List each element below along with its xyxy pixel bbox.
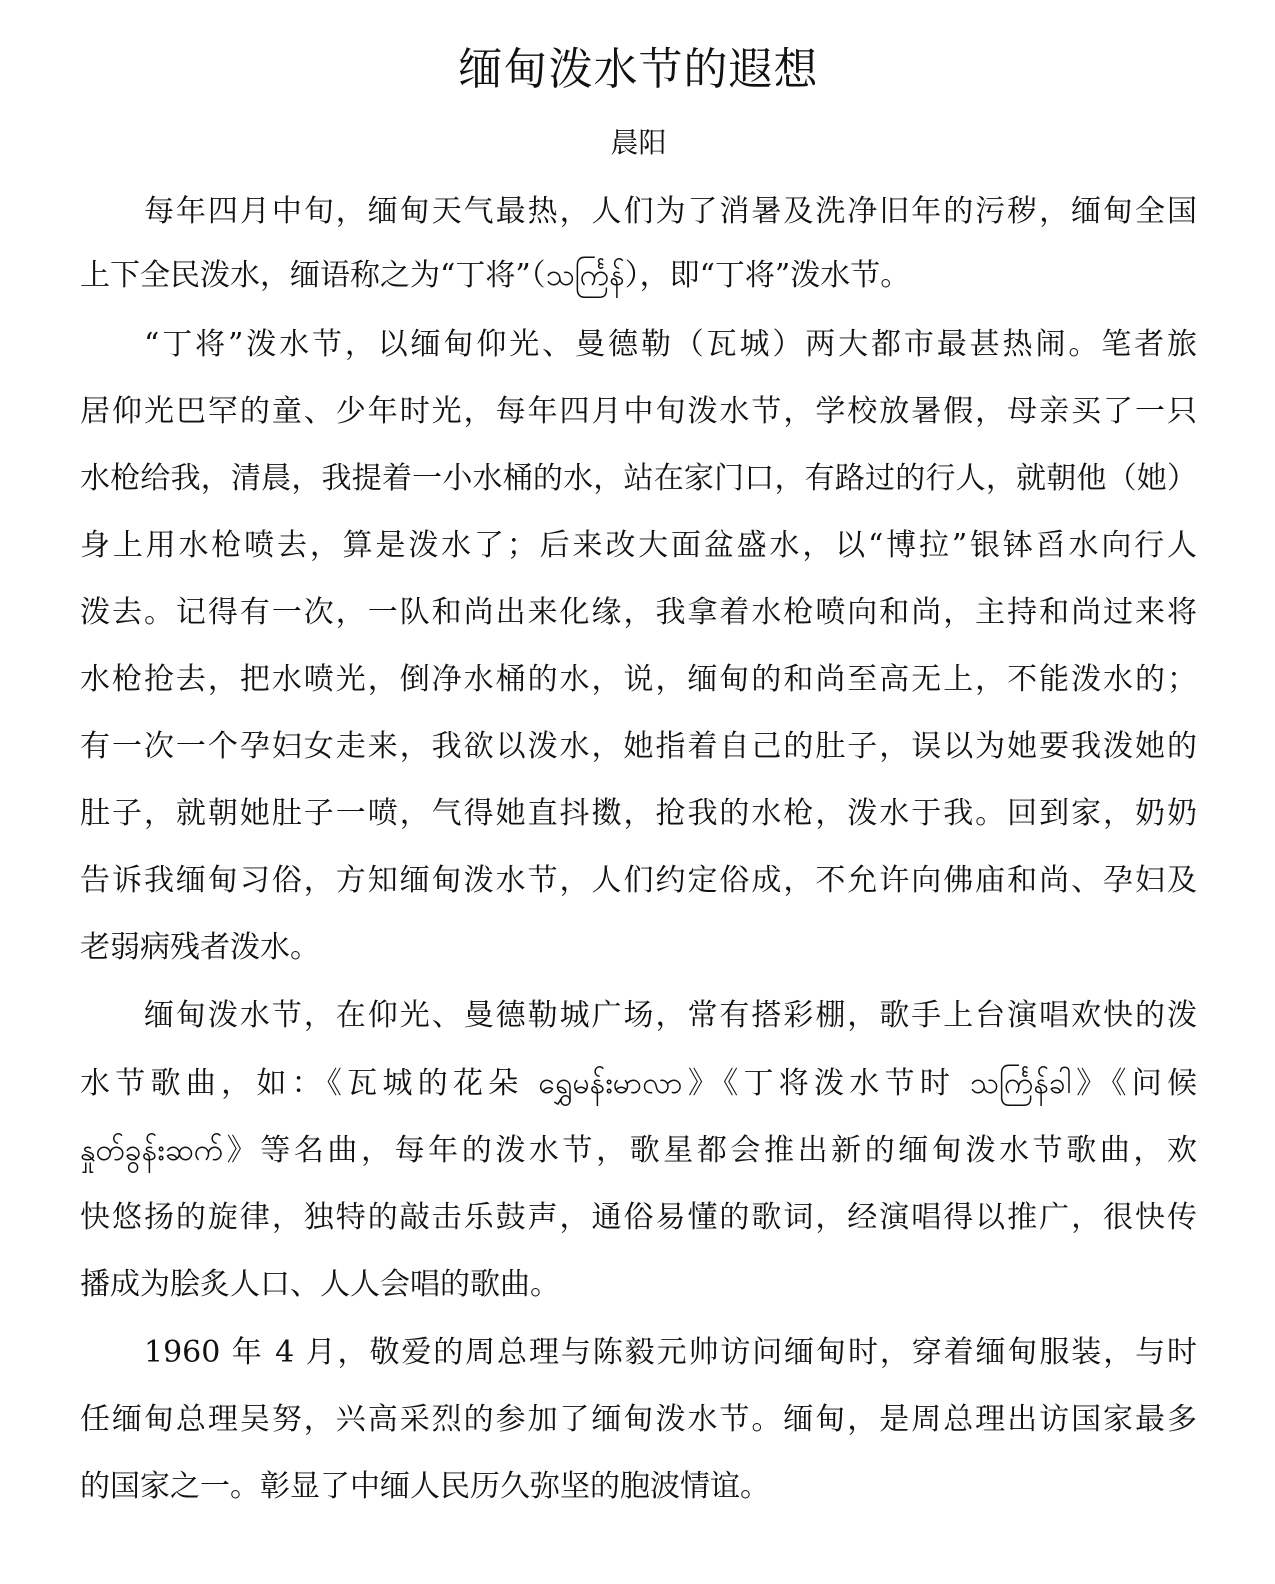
text-line: 播成为脍炙人口、人人会唱的歌曲。 — [80, 1263, 1197, 1307]
text-line: 每年四月中旬，缅甸天气最热，人们为了消暑及洗净旧年的污秽，缅甸全国 — [80, 190, 1197, 234]
text-line: 泼去。记得有一次，一队和尚出来化缘，我拿着水枪喷向和尚，主持和尚过来将 — [80, 591, 1197, 635]
text-line: 1960 年 4 月，敬爱的周总理与陈毅元帅访问缅甸时，穿着缅甸服装，与时 — [80, 1331, 1197, 1375]
text-line: 身上用水枪喷去，算是泼水了；后来改大面盆盛水，以“博拉”银钵舀水向行人 — [80, 524, 1197, 568]
text-line: 有一次一个孕妇女走来，我欲以泼水，她指着自己的肚子，误以为她要我泼她的 — [80, 725, 1197, 769]
text-line: 水枪抢去，把水喷光，倒净水桶的水，说，缅甸的和尚至高无上，不能泼水的； — [80, 658, 1197, 702]
text-line: 水枪给我，清晨，我提着一小水桶的水，站在家门口，有路过的行人，就朝他（她） — [80, 457, 1197, 501]
text-line: 告诉我缅甸习俗，方知缅甸泼水节，人们约定俗成，不允许向佛庙和尚、孕妇及 — [80, 859, 1197, 903]
text-line: 肚子，就朝她肚子一喷，气得她直抖擞，抢我的水枪，泼水于我。回到家，奶奶 — [80, 792, 1197, 836]
text-line: “丁将”泼水节，以缅甸仰光、曼德勒（瓦城）两大都市最甚热闹。笔者旅 — [80, 323, 1197, 367]
document-title: 缅甸泼水节的遐想 — [80, 40, 1197, 100]
document-author: 晨阳 — [80, 123, 1197, 163]
text-line: 老弱病残者泼水。 — [80, 926, 1197, 970]
text-line: 水节歌曲，如：《瓦城的花朵 ရွှေမန်းမာလာ》《丁将泼水节时 သင်္က… — [80, 1062, 1197, 1106]
text-line: 快悠扬的旋律，独特的敲击乐鼓声，通俗易懂的歌词，经演唱得以推广，很快传 — [80, 1196, 1197, 1240]
text-line: နှုတ်ခွန်းဆက်》等名曲，每年的泼水节，歌星都会推出新的缅甸泼水节歌曲… — [80, 1129, 1197, 1173]
text-line: 任缅甸总理吴努，兴高采烈的参加了缅甸泼水节。缅甸，是周总理出访国家最多 — [80, 1398, 1197, 1442]
text-line: 上下全民泼水，缅语称之为“丁将”（သင်္ကြန်），即“丁将”泼水节。 — [80, 254, 1197, 298]
text-line: 缅甸泼水节，在仰光、曼德勒城广场，常有搭彩棚，歌手上台演唱欢快的泼 — [80, 994, 1197, 1038]
text-line: 居仰光巴罕的童、少年时光，每年四月中旬泼水节，学校放暑假，母亲买了一只 — [80, 390, 1197, 434]
text-line: 的国家之一。彰显了中缅人民历久弥坚的胞波情谊。 — [80, 1465, 1197, 1509]
